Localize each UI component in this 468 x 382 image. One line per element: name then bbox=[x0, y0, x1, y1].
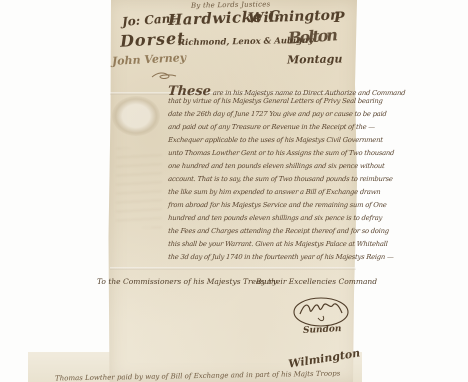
body-line: date the 26th day of June 1727 You give … bbox=[168, 110, 359, 123]
document-photo: By the Lords Justices Jo: Cant Hardwicke… bbox=[0, 0, 468, 382]
body-line: Exchequer applicable to the uses of his … bbox=[168, 136, 359, 149]
body-line: the 3d day of July 1740 in the fourteent… bbox=[168, 253, 359, 266]
body-line: the like sum by him expended to answer a… bbox=[168, 188, 359, 201]
body-line: that by virtue of his Majestys General L… bbox=[168, 97, 359, 110]
ink-show-through bbox=[116, 148, 162, 228]
body-line: from abroad for his Majestys Service and… bbox=[168, 201, 359, 214]
warrant-body-text: These are in his Majestys name to Direct… bbox=[168, 84, 358, 266]
signature-montagu: Montagu bbox=[287, 53, 343, 67]
pen-flourish-icon bbox=[150, 66, 178, 85]
body-line: account. That is to say, the sum of Two … bbox=[168, 175, 359, 188]
body-line: one hundred and ten pounds eleven shilli… bbox=[168, 162, 359, 175]
body-line: These are in his Majestys name to Direct… bbox=[168, 84, 359, 97]
signature-bolton: Bolton bbox=[287, 25, 336, 47]
signature-sundon: Sundon bbox=[303, 324, 342, 336]
body-line: the Fees and Charges attending the Recei… bbox=[168, 227, 359, 240]
body-line: hundred and ten pounds eleven shillings … bbox=[168, 214, 359, 227]
address-to-treasury-commissioners: To the Commissioners of his Majestys Tre… bbox=[97, 277, 277, 286]
signature-wilmington-top: Wilmington bbox=[248, 7, 341, 26]
signature-p-flourish: P bbox=[334, 10, 345, 26]
by-their-excellencies-command: By their Excellencies Command bbox=[256, 277, 377, 286]
body-line-text: are in his Majestys name to Direct Autho… bbox=[212, 89, 405, 97]
body-line: and paid out of any Treasure or Revenue … bbox=[168, 123, 359, 136]
body-line: unto Thomas Lowther Gent or to his Assig… bbox=[168, 149, 359, 162]
embossed-duty-stamp bbox=[112, 96, 160, 136]
signature-dorset: Dorset bbox=[120, 28, 186, 50]
body-line: this shall be your Warrant. Given at his… bbox=[168, 240, 359, 253]
fold-crease-lower bbox=[110, 267, 356, 270]
